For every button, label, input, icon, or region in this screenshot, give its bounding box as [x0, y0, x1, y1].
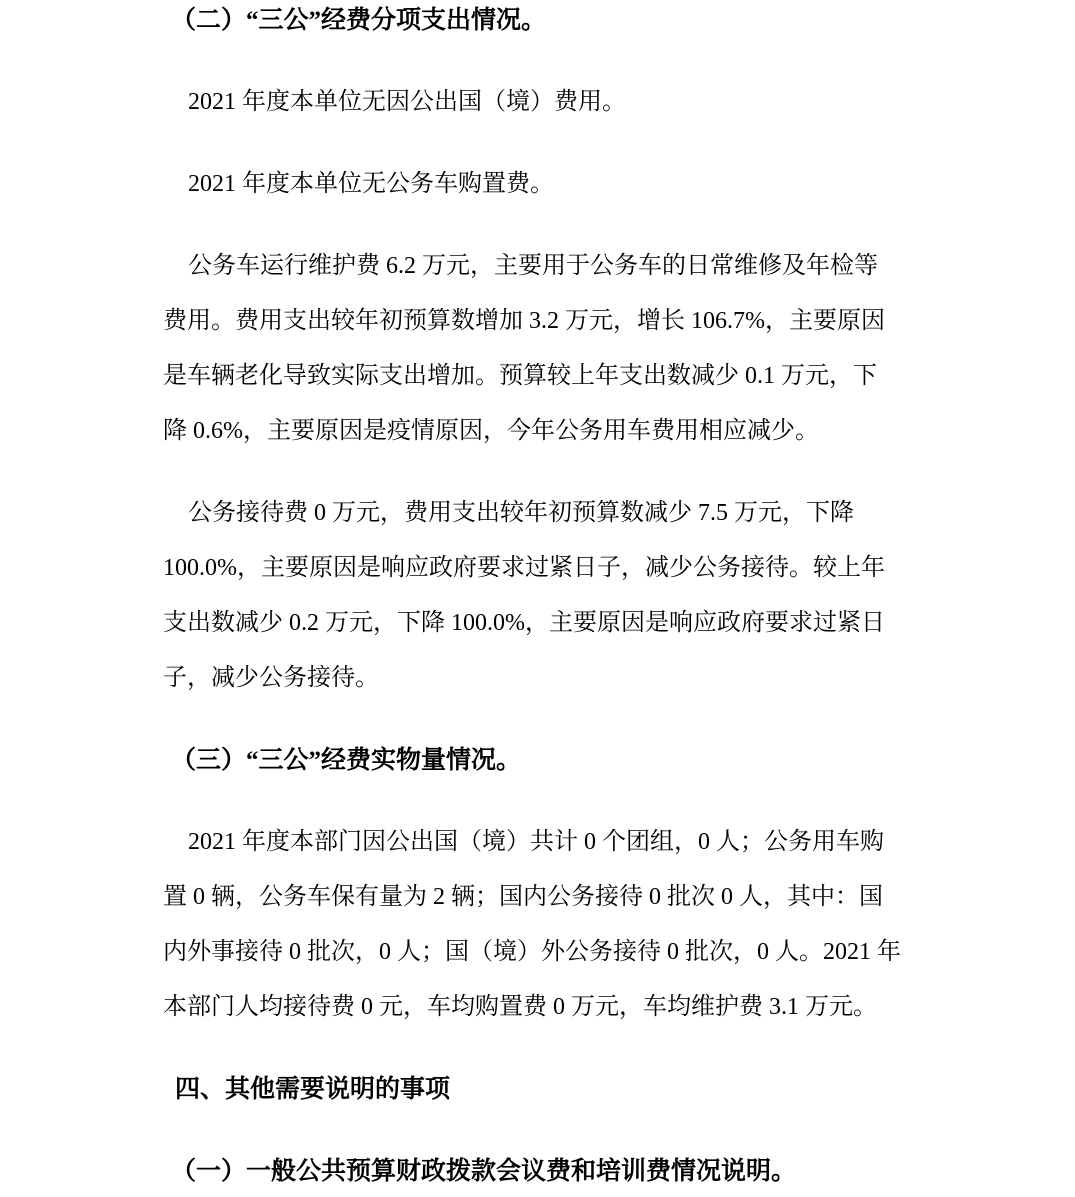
text-line: 降 0.6%，主要原因是疫情原因，今年公务用车费用相应减少。: [163, 404, 925, 459]
text-line: 公务接待费 0 万元，费用支出较年初预算数减少 7.5 万元，下降: [163, 486, 925, 541]
text-line: 2021 年度本单位无因公出国（境）费用。: [163, 75, 925, 130]
text-line: 子，减少公务接待。: [163, 651, 925, 706]
text-line: 是车辆老化导致实际支出增加。预算较上年支出数减少 0.1 万元，下: [163, 349, 925, 404]
text-line: （一）一般公共预算财政拨款会议费和培训费情况说明。: [163, 1144, 925, 1197]
text-line: 内外事接待 0 批次，0 人；国（境）外公务接待 0 批次，0 人。2021 年: [163, 925, 925, 980]
paragraph-official-reception-expense: 公务接待费 0 万元，费用支出较年初预算数减少 7.5 万元，下降100.0%，…: [163, 486, 925, 706]
text-line: 公务车运行维护费 6.2 万元，主要用于公务车的日常维修及年检等: [163, 239, 925, 294]
document-page: （二）“三公”经费分项支出情况。2021 年度本单位无因公出国（境）费用。202…: [0, 0, 1075, 1197]
paragraph-no-vehicle-purchase-expense: 2021 年度本单位无公务车购置费。: [163, 157, 925, 212]
text-line: （二）“三公”经费分项支出情况。: [163, 0, 925, 48]
text-line: 置 0 辆，公务车保有量为 2 辆；国内公务接待 0 批次 0 人，其中：国: [163, 870, 925, 925]
heading-section-3: （三）“三公”经费实物量情况。: [163, 733, 925, 788]
heading-section-2: （二）“三公”经费分项支出情况。: [163, 0, 925, 48]
paragraph-vehicle-maintenance-expense: 公务车运行维护费 6.2 万元，主要用于公务车的日常维修及年检等费用。费用支出较…: [163, 239, 925, 459]
heading-chapter-4: 四、其他需要说明的事项: [163, 1062, 925, 1117]
text-line: 2021 年度本单位无公务车购置费。: [163, 157, 925, 212]
text-line: 本部门人均接待费 0 元，车均购置费 0 万元，车均维护费 3.1 万元。: [163, 980, 925, 1035]
paragraph-physical-quantity: 2021 年度本部门因公出国（境）共计 0 个团组，0 人；公务用车购置 0 辆…: [163, 815, 925, 1035]
text-line: 四、其他需要说明的事项: [163, 1062, 925, 1117]
text-line: （三）“三公”经费实物量情况。: [163, 733, 925, 788]
text-line: 支出数减少 0.2 万元，下降 100.0%，主要原因是响应政府要求过紧日: [163, 596, 925, 651]
paragraph-no-overseas-expense: 2021 年度本单位无因公出国（境）费用。: [163, 75, 925, 130]
heading-section-4-1: （一）一般公共预算财政拨款会议费和培训费情况说明。: [163, 1144, 925, 1197]
text-line: 100.0%，主要原因是响应政府要求过紧日子，减少公务接待。较上年: [163, 541, 925, 596]
text-line: 费用。费用支出较年初预算数增加 3.2 万元，增长 106.7%，主要原因: [163, 294, 925, 349]
text-line: 2021 年度本部门因公出国（境）共计 0 个团组，0 人；公务用车购: [163, 815, 925, 870]
